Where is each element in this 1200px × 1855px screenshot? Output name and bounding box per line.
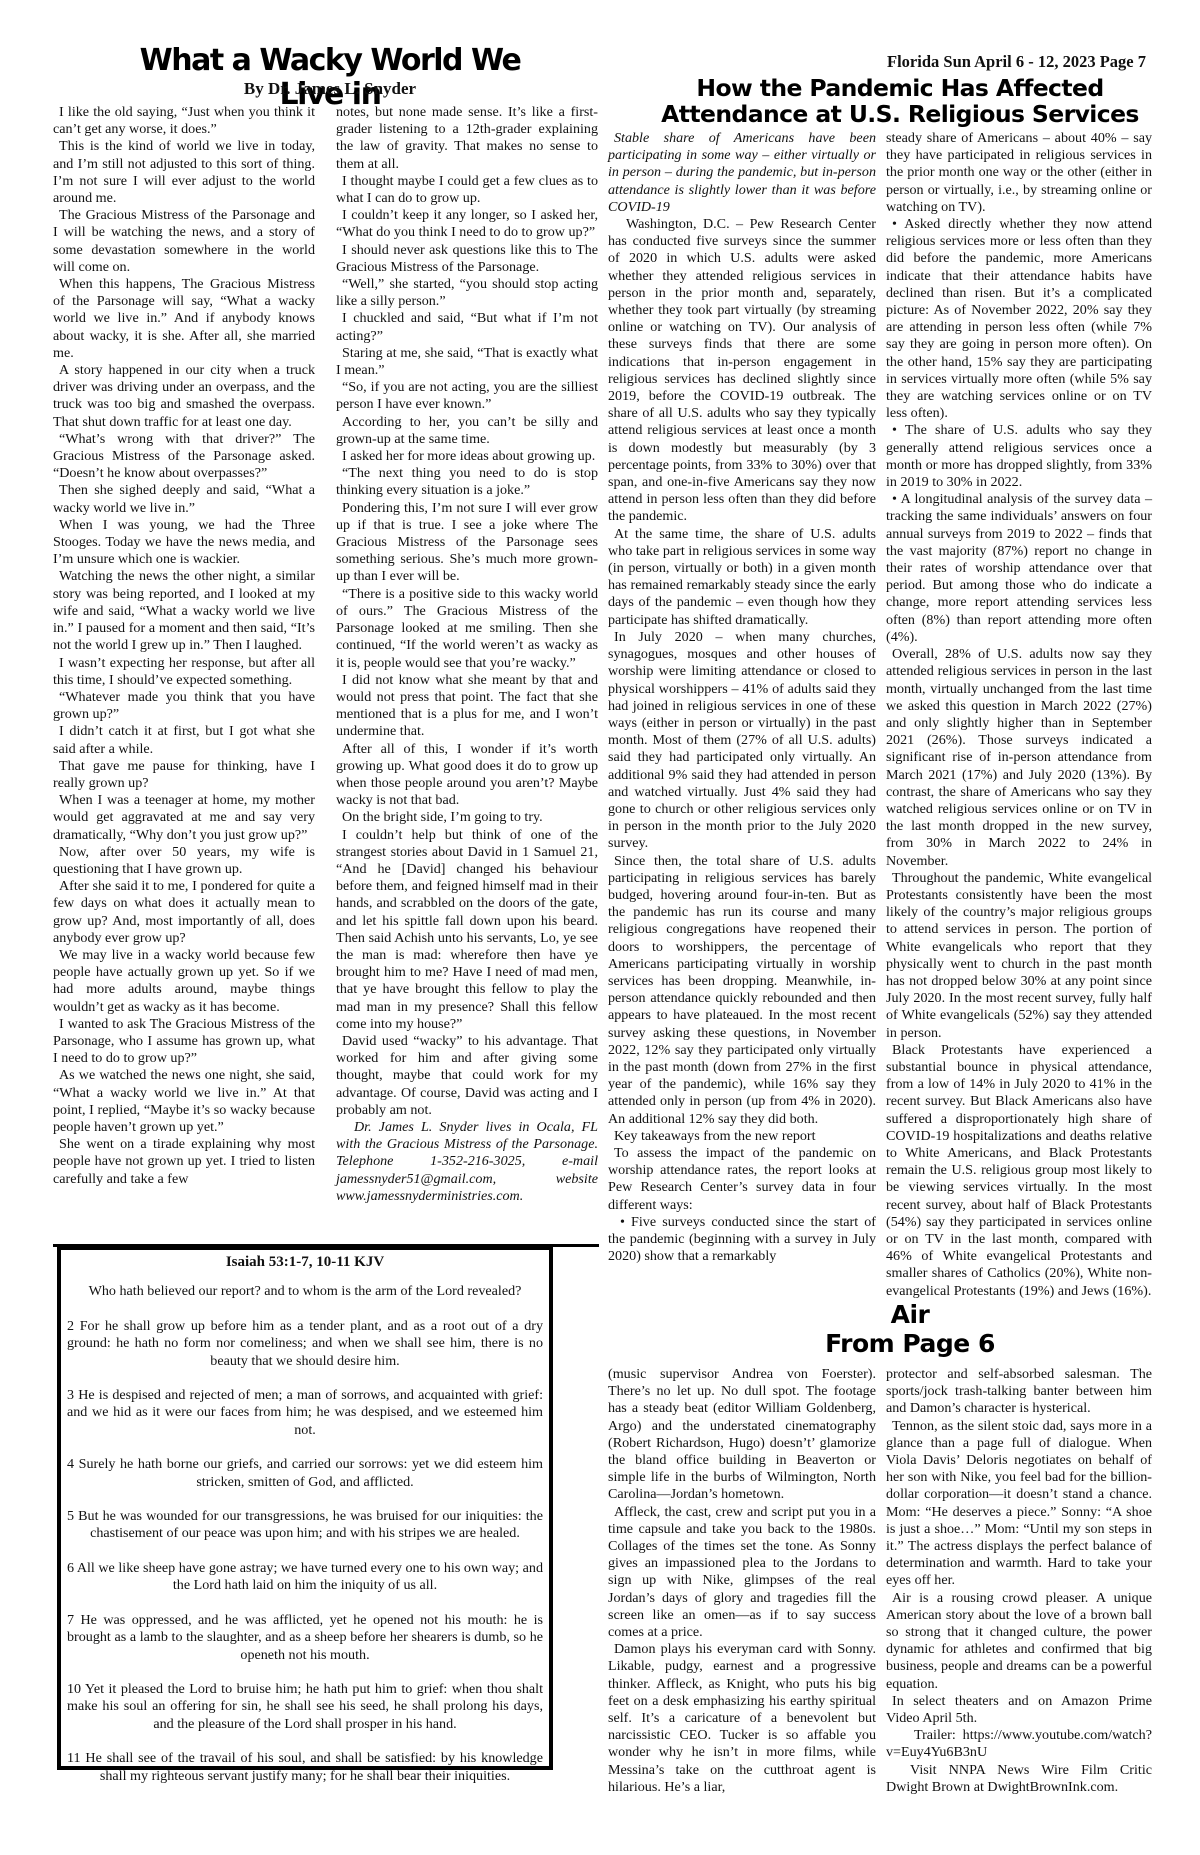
paragraph: A story happened in our city when a truc… — [53, 362, 315, 431]
paragraph: David used “wacky” to his advantage. Tha… — [336, 1033, 598, 1119]
paragraph: I couldn’t help but think of one of the … — [336, 827, 598, 1033]
headline-line: Attendance at U.S. Religious Services — [615, 101, 1185, 127]
pandemic-article-column-1: Stable share of Americans have been part… — [608, 130, 876, 1265]
paragraph: I wanted to ask The Gracious Mistress of… — [53, 1016, 315, 1068]
paragraph: I chuckled and said, “But what if I’m no… — [336, 310, 598, 344]
wacky-article-byline: By Dr. James L. Snyder — [160, 79, 500, 99]
air-article-headline: Air From Page 6 — [700, 1300, 1120, 1358]
scripture-title: Isaiah 53:1-7, 10-11 KJV — [67, 1254, 543, 1271]
bullet-paragraph: • Five surveys conducted since the start… — [608, 1214, 876, 1266]
trailer-link[interactable]: Trailer: https://www.youtube.com/watch?v… — [886, 1727, 1152, 1761]
paragraph: As we watched the news one night, she sa… — [53, 1067, 315, 1136]
scripture-verse: 5 But he was wounded for our transgressi… — [67, 1508, 543, 1543]
paragraph: When I was young, we had the Three Stoog… — [53, 517, 315, 569]
page-folio: Florida Sun April 6 - 12, 2023 Page 7 — [826, 52, 1146, 72]
scripture-verse: 7 He was oppressed, and he was afflicted… — [67, 1612, 543, 1664]
paragraph: I wasn’t expecting her response, but aft… — [53, 655, 315, 689]
paragraph: On the bright side, I’m going to try. — [336, 809, 598, 826]
scripture-verse: 4 Surely he hath borne our griefs, and c… — [67, 1456, 543, 1491]
wacky-article-headline: What a Wacky World We Live in — [120, 44, 540, 112]
headline-line: From Page 6 — [700, 1329, 1120, 1358]
subheading: Key takeaways from the new report — [608, 1128, 876, 1145]
paragraph: Overall, 28% of U.S. adults now say they… — [886, 646, 1152, 870]
paragraph: In July 2020 – when many churches, synag… — [608, 629, 876, 853]
paragraph: Throughout the pandemic, White evangelic… — [886, 870, 1152, 1042]
wacky-article-column-1: I like the old saying, “Just when you th… — [53, 104, 315, 1188]
paragraph: Pondering this, I’m not sure I will ever… — [336, 500, 598, 586]
paragraph: To assess the impact of the pandemic on … — [608, 1145, 876, 1214]
paragraph: After all of this, I wonder if it’s wort… — [336, 741, 598, 810]
paragraph: Since then, the total share of U.S. adul… — [608, 853, 876, 1128]
paragraph: I didn’t catch it at first, but I got wh… — [53, 723, 315, 757]
paragraph: steady share of Americans – about 40% – … — [886, 130, 1152, 216]
paragraph: After she said it to me, I pondered for … — [53, 878, 315, 947]
paragraph: The Gracious Mistress of the Parsonage a… — [53, 207, 315, 276]
paragraph: “The next thing you need to do is stop t… — [336, 465, 598, 499]
scripture-verse: 6 All we like sheep have gone astray; we… — [67, 1560, 543, 1595]
paragraph: “Whatever made you think that you have g… — [53, 689, 315, 723]
scripture-verse: 3 He is despised and rejected of men; a … — [67, 1387, 543, 1439]
pandemic-article-column-2: steady share of Americans – about 40% – … — [886, 130, 1152, 1300]
critic-credit: Visit NNPA News Wire Film Critic Dwight … — [886, 1762, 1152, 1796]
paragraph: This is the kind of world we live in tod… — [53, 138, 315, 207]
paragraph: “Well,” she started, “you should stop ac… — [336, 276, 598, 310]
paragraph: I like the old saying, “Just when you th… — [53, 104, 315, 138]
headline-line: Air — [700, 1300, 1120, 1329]
paragraph: When I was a teenager at home, my mother… — [53, 792, 315, 844]
scripture-verse: 10 Yet it pleased the Lord to bruise him… — [67, 1681, 543, 1733]
paragraph: When this happens, The Gracious Mistress… — [53, 276, 315, 362]
author-note: Dr. James L. Snyder lives in Ocala, FL w… — [336, 1119, 598, 1205]
paragraph: According to her, you can’t be silly and… — [336, 414, 598, 448]
paragraph: Staring at me, she said, “That is exactl… — [336, 345, 598, 379]
paragraph: “What’s wrong with that driver?” The Gra… — [53, 431, 315, 483]
paragraph: Affleck, the cast, crew and script put y… — [608, 1504, 876, 1642]
paragraph: Air is a rousing crowd pleaser. A unique… — [886, 1590, 1152, 1693]
scripture-box: Isaiah 53:1-7, 10-11 KJV Who hath believ… — [57, 1246, 553, 1770]
paragraph: Watching the news the other night, a sim… — [53, 568, 315, 654]
paragraph: Tennon, as the silent stoic dad, says mo… — [886, 1418, 1152, 1590]
paragraph: I asked her for more ideas about growing… — [336, 448, 598, 465]
paragraph: I did not know what she meant by that an… — [336, 672, 598, 741]
scripture-verse: 11 He shall see of the travail of his so… — [67, 1750, 543, 1785]
headline-line: How the Pandemic Has Affected — [615, 75, 1185, 101]
bullet-paragraph: • A longitudinal analysis of the survey … — [886, 491, 1152, 646]
paragraph: I couldn’t keep it any longer, so I aske… — [336, 207, 598, 241]
paragraph: notes, but none made sense. It’s like a … — [336, 104, 598, 173]
paragraph: At the same time, the share of U.S. adul… — [608, 526, 876, 629]
bullet-paragraph: • The share of U.S. adults who say they … — [886, 422, 1152, 491]
paragraph: In select theaters and on Amazon Prime V… — [886, 1693, 1152, 1727]
paragraph: Black Protestants have experienced a sub… — [886, 1042, 1152, 1300]
paragraph: Then she sighed deeply and said, “What a… — [53, 482, 315, 516]
wacky-article-column-2: notes, but none made sense. It’s like a … — [336, 104, 598, 1205]
paragraph: We may live in a wacky world because few… — [53, 947, 315, 1016]
scripture-verse: Who hath believed our report? and to who… — [67, 1283, 543, 1300]
air-article-column-2: protector and self-absorbed salesman. Th… — [886, 1366, 1152, 1796]
scripture-verse: 2 For he shall grow up before him as a t… — [67, 1318, 543, 1370]
paragraph: (music supervisor Andrea von Foerster). … — [608, 1366, 876, 1504]
bullet-paragraph: • Asked directly whether they now attend… — [886, 216, 1152, 422]
pandemic-article-headline: How the Pandemic Has Affected Attendance… — [615, 75, 1185, 127]
paragraph: “So, if you are not acting, you are the … — [336, 379, 598, 413]
paragraph: She went on a tirade explaining why most… — [53, 1136, 315, 1188]
paragraph: I should never ask questions like this t… — [336, 242, 598, 276]
paragraph: protector and self-absorbed salesman. Th… — [886, 1366, 1152, 1418]
air-article-column-1: (music supervisor Andrea von Foerster). … — [608, 1366, 876, 1796]
article-deck: Stable share of Americans have been part… — [608, 130, 876, 216]
paragraph: Washington, D.C. – Pew Research Center h… — [608, 216, 876, 526]
paragraph: I thought maybe I could get a few clues … — [336, 173, 598, 207]
paragraph: That gave me pause for thinking, have I … — [53, 758, 315, 792]
paragraph: “There is a positive side to this wacky … — [336, 586, 598, 672]
paragraph: Damon plays his everyman card with Sonny… — [608, 1641, 876, 1796]
paragraph: Now, after over 50 years, my wife is que… — [53, 844, 315, 878]
